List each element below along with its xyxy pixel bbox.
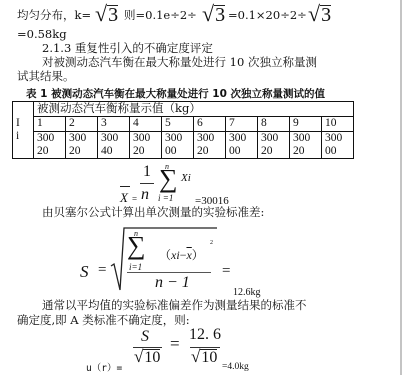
table-cell: 30020 <box>34 132 66 159</box>
text-result-058: =0.58kg <box>17 28 67 41</box>
value-top: 300 <box>165 132 190 145</box>
mean-lhs: X <box>120 190 128 206</box>
value-top: 300 <box>101 132 126 145</box>
equals-sign: = <box>170 334 180 354</box>
sqrt-symbol: √ <box>202 1 214 26</box>
sqrt-3-second: √3 <box>202 1 225 27</box>
table-cell: 30020 <box>258 132 290 159</box>
table-cell: 30000 <box>322 132 354 159</box>
value-top: 300 <box>197 132 222 145</box>
fraction-numerator: 12. 6 <box>189 326 221 344</box>
sqrt-argument: 10 <box>200 349 217 366</box>
value-bottom: 20 <box>261 145 286 158</box>
table-cell: 30040 <box>98 132 130 159</box>
value-bottom: 00 <box>325 145 350 158</box>
page-edge-divider <box>400 0 402 375</box>
table-cell: 5 <box>162 117 194 132</box>
table-cell: 30020 <box>66 132 98 159</box>
term-x: xi <box>171 248 180 262</box>
std-result: 12.6kg <box>233 287 261 298</box>
sum-lower-limit: i=1 <box>129 262 142 272</box>
exponent: 2 <box>210 240 213 246</box>
table-caption: 表 1 被测动态汽车衡在最大称量处进行 10 次独立称量测试的值 <box>26 86 325 101</box>
value-bottom: 00 <box>165 145 190 158</box>
overbar <box>120 186 130 187</box>
table-cell: 2 <box>66 117 98 132</box>
paragraph-line: 通常以平均值的实验标准偏差作为测量结果的标准不 <box>42 299 307 312</box>
value-bottom: 20 <box>197 145 222 158</box>
paren-open: （ <box>159 248 171 262</box>
paragraph-line: 试其结果。 <box>17 70 75 83</box>
table-cell: 30020 <box>194 132 226 159</box>
sum-term: （xi−x） <box>159 246 204 263</box>
std-lhs: S <box>80 262 89 282</box>
equals-sign: = <box>132 194 137 204</box>
value-top: 300 <box>37 132 62 145</box>
sqrt-10-second: √10 <box>191 347 217 367</box>
text-line-uniform-distribution: 均匀分布，k= <box>17 9 91 22</box>
value-bottom: 20 <box>133 145 158 158</box>
table-cell: 30020 <box>290 132 322 159</box>
row-label-bottom: i <box>16 130 30 143</box>
sum-symbol: ∑ <box>127 233 146 259</box>
sqrt-argument: 3 <box>214 5 225 24</box>
sqrt-3-first: √3 <box>95 1 118 27</box>
uncertainty-lhs: u（r）= <box>86 360 122 374</box>
denominator-text: n − 1 <box>155 274 190 291</box>
table-cell: 1 <box>34 117 66 132</box>
bessel-intro-text: 由贝塞尔公式计算出单次测量的实验标准差: <box>42 206 264 219</box>
sum-lower-limit: i =1 <box>158 193 173 203</box>
table-cell: 4 <box>130 117 162 132</box>
row-label-top: I <box>16 117 30 130</box>
equals-sign: = <box>222 263 230 280</box>
section-heading: 2.1.3 重复性引入的不确定度评定 <box>42 42 213 55</box>
table-header: 被测动态汽车衡称量示值（kg） <box>34 102 354 117</box>
measurement-table: I i 被测动态汽车衡称量示值（kg） 1 2 3 4 5 6 7 8 9 10… <box>12 101 354 159</box>
text-expression-part: 则=0.1e÷2÷ <box>124 8 197 22</box>
table-row-indices: 1 2 3 4 5 6 7 8 9 10 <box>13 117 354 132</box>
table-cell: 6 <box>194 117 226 132</box>
table-cell: 7 <box>226 117 258 132</box>
table-cell: 30000 <box>226 132 258 159</box>
paragraph-line: 对被测动态汽车衡在最大称量处进行 10 次独立称量测 <box>42 56 317 69</box>
paren-close: ） <box>192 248 204 262</box>
table-cell: 30020 <box>130 132 162 159</box>
text-uniform-k: 均匀分布，k= <box>17 8 91 22</box>
table-cell: 10 <box>322 117 354 132</box>
sqrt-argument: 3 <box>107 5 118 24</box>
value-top: 300 <box>133 132 158 145</box>
table-row-values: 30020 30020 30040 30020 30000 30020 3000… <box>13 132 354 159</box>
sqrt-argument: 10 <box>143 349 160 366</box>
table-cell: 3 <box>98 117 130 132</box>
table-cell: 30000 <box>162 132 194 159</box>
fraction-numerator: 1 <box>143 163 151 181</box>
paragraph-line: 确定度,即 A 类标准不确定度，则: <box>17 314 190 327</box>
sqrt-symbol: √ <box>191 347 200 366</box>
sum-term: Xi <box>181 172 191 184</box>
row-label-cell: I i <box>13 102 34 159</box>
sqrt-10-first: √10 <box>134 347 160 367</box>
value-bottom: 20 <box>293 145 318 158</box>
value-top: 300 <box>261 132 286 145</box>
table-cell: 9 <box>290 117 322 132</box>
sqrt-3-third: √3 <box>308 1 331 27</box>
equals-sign: = <box>98 262 106 279</box>
value-top: 300 <box>293 132 318 145</box>
sqrt-symbol: √ <box>95 1 107 26</box>
text-expression-part: =0.1×20÷2÷ <box>228 8 307 22</box>
sum-symbol: ∑ <box>159 166 178 192</box>
text-expression-2: =0.1×20÷2÷ <box>228 9 307 22</box>
uncertainty-result: =4.0kg <box>222 362 249 372</box>
value-top: 300 <box>325 132 350 145</box>
value-bottom: 40 <box>101 145 126 158</box>
std-denominator: n − 1 <box>155 274 190 292</box>
sqrt-symbol: √ <box>308 1 320 26</box>
text-then: 则=0.1e÷2÷ <box>124 9 197 22</box>
fraction-numerator: S <box>141 328 149 346</box>
value-bottom: 20 <box>69 145 94 158</box>
value-top: 300 <box>229 132 254 145</box>
fraction-line <box>140 183 154 184</box>
value-bottom: 20 <box>37 145 62 158</box>
value-bottom: 00 <box>229 145 254 158</box>
value-top: 300 <box>69 132 94 145</box>
sqrt-argument: 3 <box>320 5 331 24</box>
fraction-denominator: n <box>141 186 149 204</box>
sqrt-symbol: √ <box>134 347 143 366</box>
table-cell: 8 <box>258 117 290 132</box>
